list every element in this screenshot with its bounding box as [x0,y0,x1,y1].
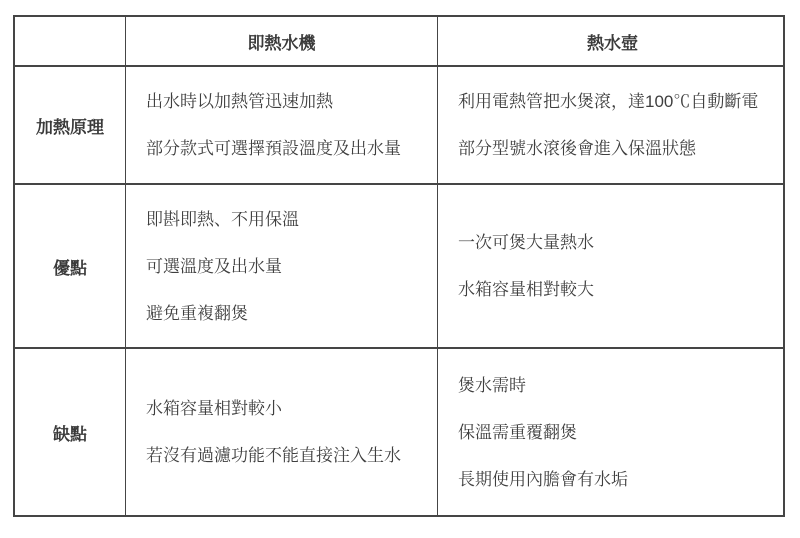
page: 即熱水機 熱水壺 加熱原理 出水時以加熱管迅速加熱部分款式可選擇預設溫度及出水量… [0,0,800,538]
cell-line: 煲水需時 [458,375,777,396]
cell-line: 長期使用內膽會有水垢 [458,469,777,490]
cell-heating-principle-instant-heater: 出水時以加熱管迅速加熱部分款式可選擇預設溫度及出水量 [125,67,437,183]
table-row-pros: 優點 即斟即熱、不用保溫可選溫度及出水量避免重複翻煲 一次可煲大量熱水水箱容量相… [15,185,783,349]
cell-heating-principle-kettle: 利用電熱管把水煲滾，達100℃自動斷電部分型號水滾後會進入保溫狀態 [437,67,787,183]
table-row-heating-principle: 加熱原理 出水時以加熱管迅速加熱部分款式可選擇預設溫度及出水量 利用電熱管把水煲… [15,67,783,185]
cell-cons-kettle: 煲水需時保溫需重覆翻煲長期使用內膽會有水垢 [437,349,787,515]
cell-line: 若沒有過濾功能不能直接注入生水 [146,445,427,466]
table-header-row: 即熱水機 熱水壺 [15,17,783,67]
cell-line: 部分款式可選擇預設溫度及出水量 [146,138,427,159]
column-header-instant-heater: 即熱水機 [125,17,437,65]
cell-line: 水箱容量相對較小 [146,398,427,419]
cell-line: 保溫需重覆翻煲 [458,422,777,443]
column-header-blank [15,17,125,65]
column-header-kettle: 熱水壺 [437,17,787,65]
cell-line: 可選溫度及出水量 [146,256,427,277]
row-label-pros: 優點 [15,185,125,347]
cell-line: 避免重複翻煲 [146,303,427,324]
cell-pros-kettle: 一次可煲大量熱水水箱容量相對較大 [437,185,787,347]
table-row-cons: 缺點 水箱容量相對較小若沒有過濾功能不能直接注入生水 煲水需時保溫需重覆翻煲長期… [15,349,783,515]
row-label-heating-principle: 加熱原理 [15,67,125,183]
cell-line: 水箱容量相對較大 [458,279,777,300]
cell-pros-instant-heater: 即斟即熱、不用保溫可選溫度及出水量避免重複翻煲 [125,185,437,347]
cell-line: 出水時以加熱管迅速加熱 [146,91,427,112]
cell-line: 一次可煲大量熱水 [458,232,777,253]
cell-line: 利用電熱管把水煲滾，達100℃自動斷電 [458,91,777,112]
cell-line: 即斟即熱、不用保溫 [146,209,427,230]
cell-line: 部分型號水滾後會進入保溫狀態 [458,138,777,159]
cell-cons-instant-heater: 水箱容量相對較小若沒有過濾功能不能直接注入生水 [125,349,437,515]
row-label-cons: 缺點 [15,349,125,515]
comparison-table: 即熱水機 熱水壺 加熱原理 出水時以加熱管迅速加熱部分款式可選擇預設溫度及出水量… [13,15,785,517]
